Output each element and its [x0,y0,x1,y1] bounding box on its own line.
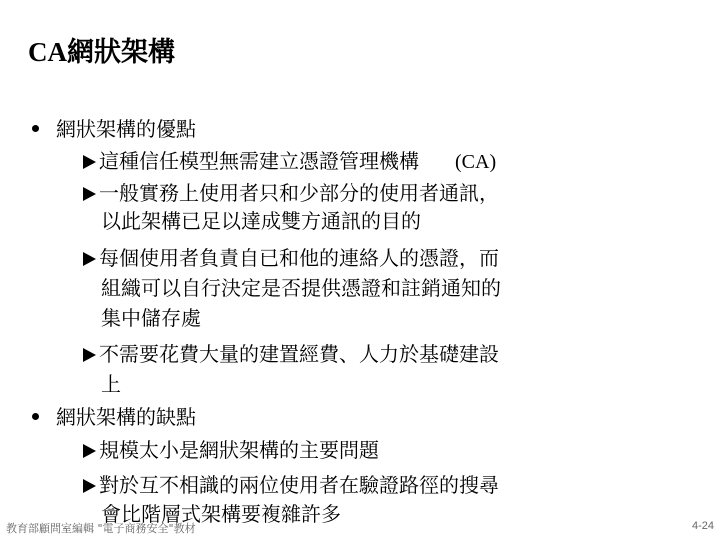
list-item-continuation: 以此架構已足以達成雙方通訊的目的 [101,208,421,234]
section-heading-advantages: 網狀架構的優點 [56,116,196,142]
list-item: 對於互不相識的兩位使用者在驗證路徑的搜尋 [83,472,499,498]
page-number: 4-24 [692,520,714,532]
bullet-icon [32,413,39,420]
list-item: 這種信任模型無需建立憑證管理機構(CA) [83,148,496,175]
list-item: 每個使用者負責自已和他的連絡人的憑證，而 [83,245,499,271]
list-item: 一般實務上使用者只和少部分的使用者通訊， [83,180,499,206]
arrow-bullet-icon [83,444,96,458]
arrow-bullet-icon [83,252,96,266]
list-item-continuation: 組織可以自行決定是否提供憑證和註銷通知的 [101,275,501,301]
bullet-icon [32,125,39,132]
slide-title-latin: CA [28,37,67,67]
arrow-bullet-icon [83,155,96,169]
list-item-continuation: 集中儲存處 [101,305,201,331]
footer-source: 教育部顧問室編輯 "電子商務安全"教材 [6,520,196,536]
slide-title-cjk: 網狀架構 [67,37,175,68]
arrow-bullet-icon [83,479,96,493]
slide-title: CA網狀架構 [28,30,175,69]
list-item: 不需要花費大量的建置經費、人力於基礎建設 [83,341,499,367]
list-item-continuation: 上 [101,371,121,397]
section-heading-disadvantages: 網狀架構的缺點 [56,404,196,430]
arrow-bullet-icon [83,187,96,201]
list-item: 規模太小是網狀架構的主要問題 [83,437,379,463]
arrow-bullet-icon [83,348,96,362]
